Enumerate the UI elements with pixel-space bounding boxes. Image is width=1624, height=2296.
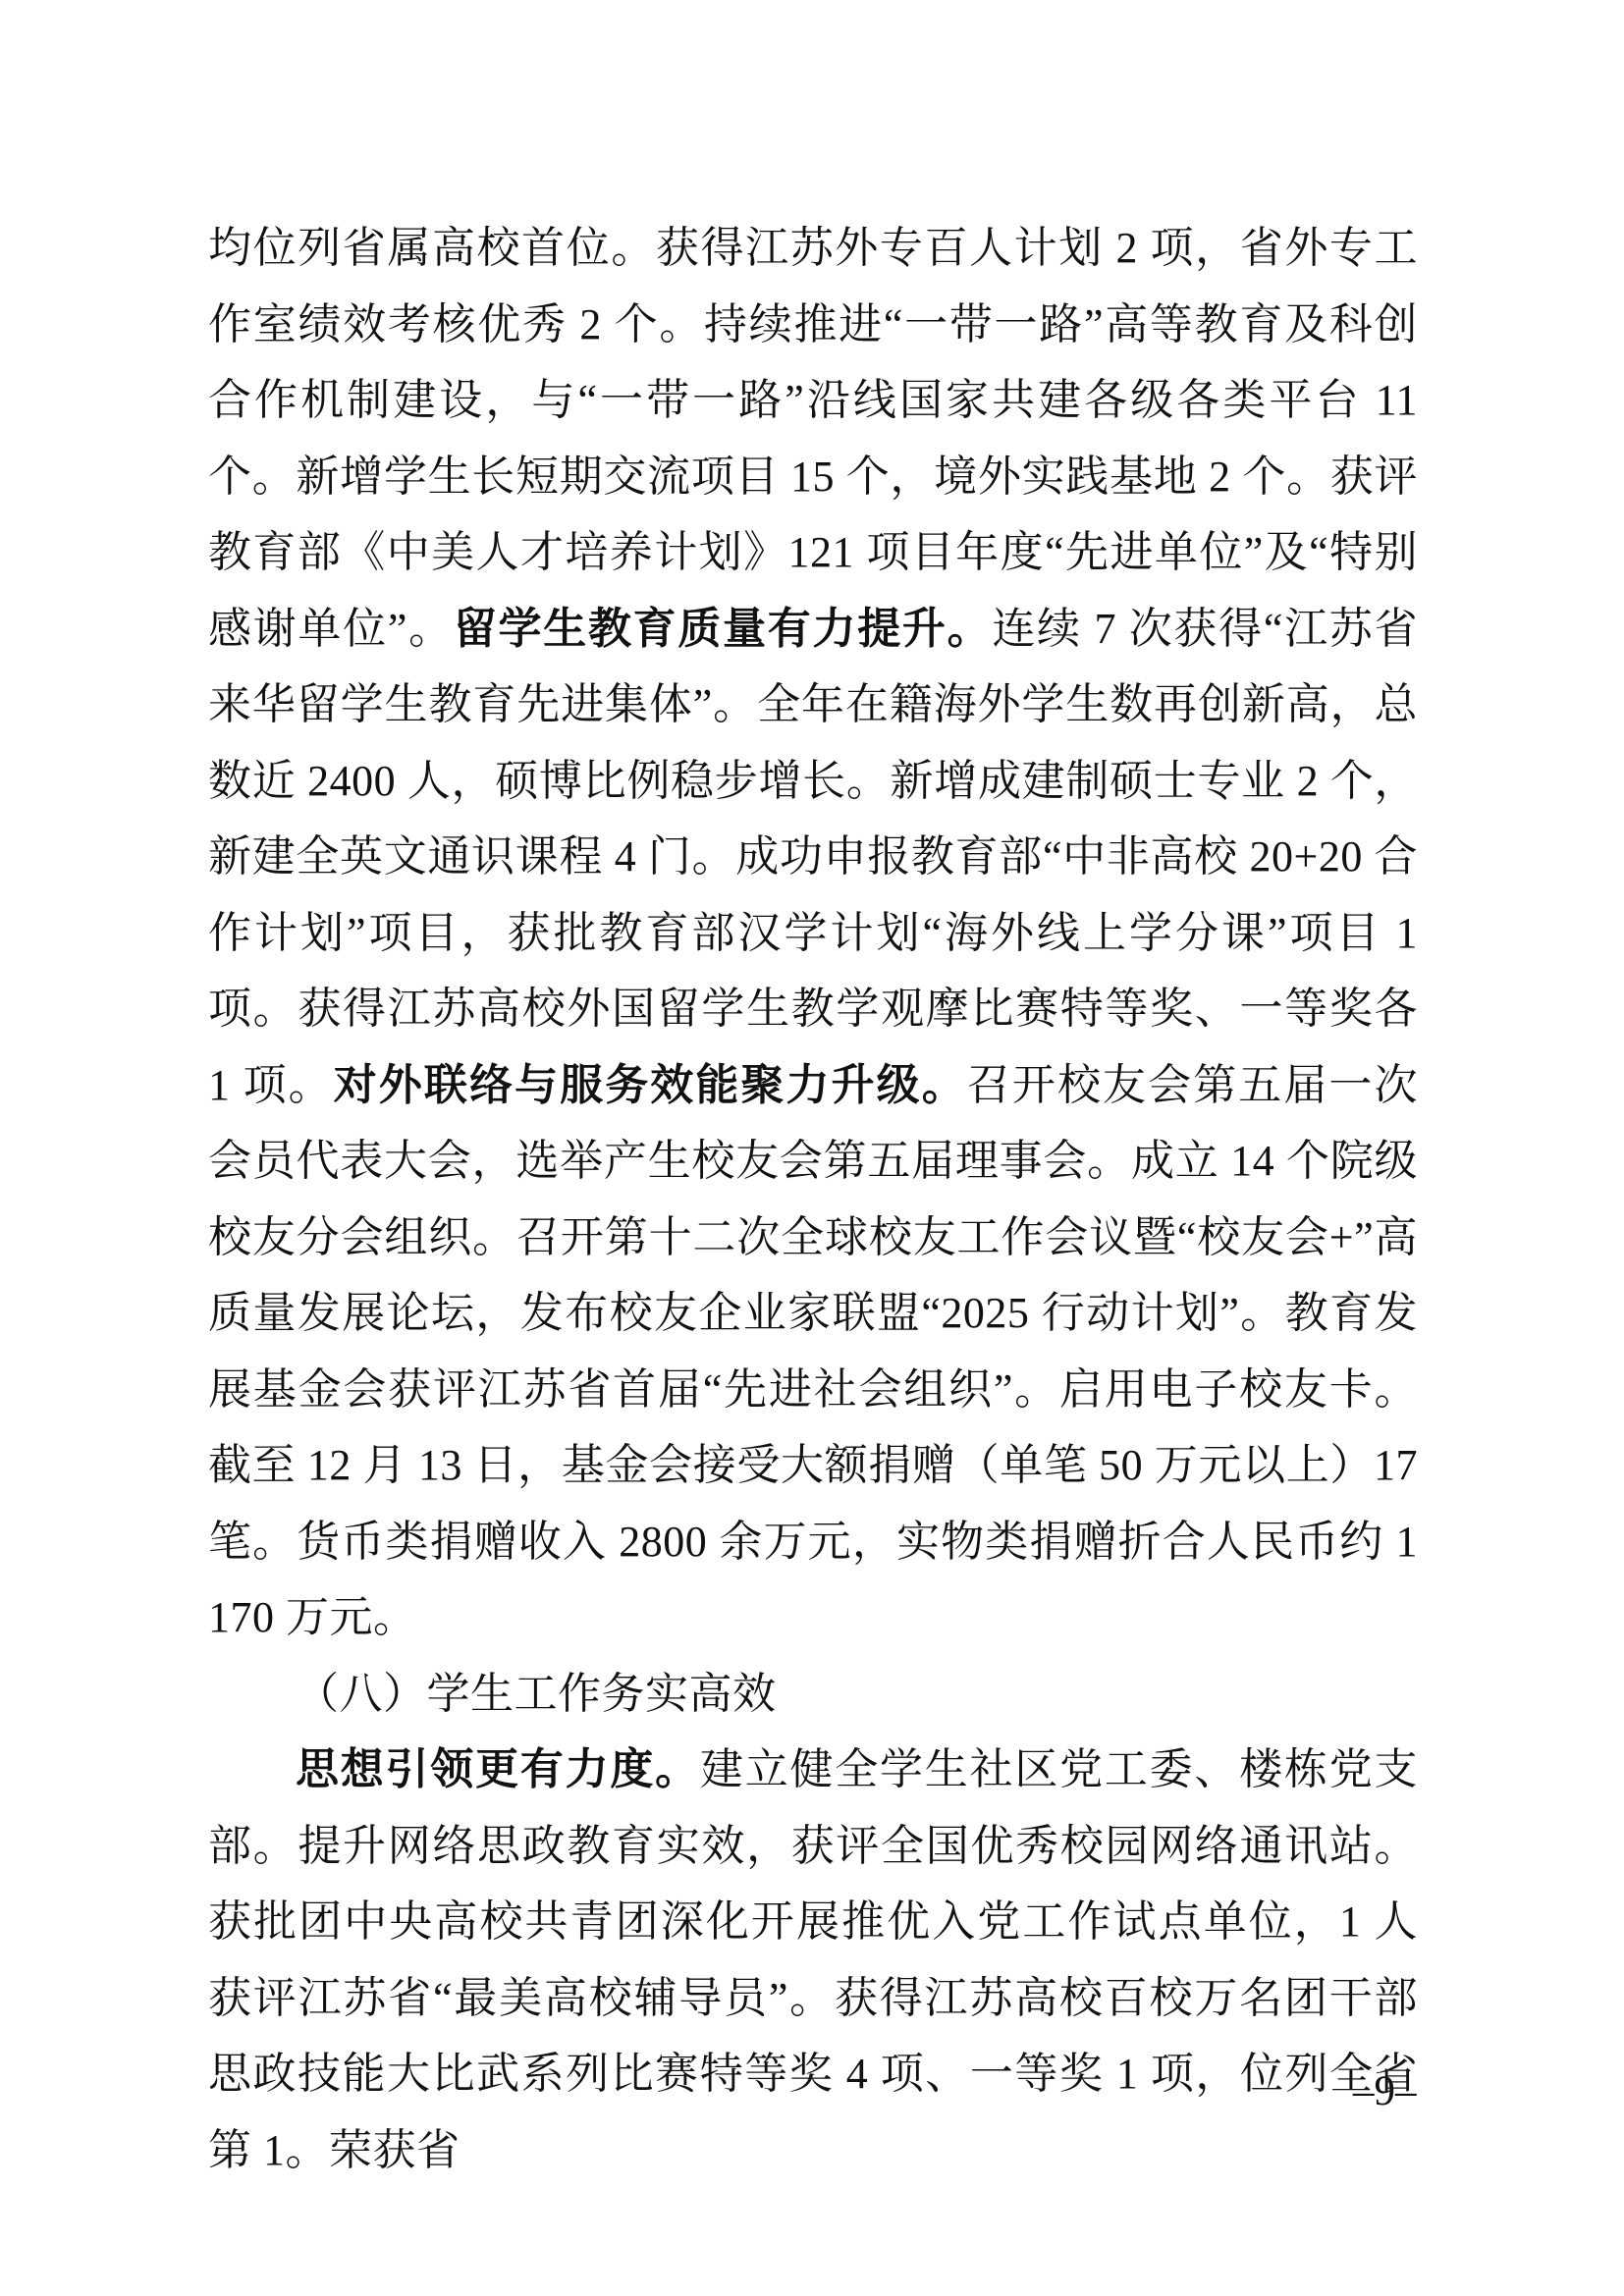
text-run: （八）学生工作务实高效 — [296, 1670, 777, 1718]
paragraph: 思想引领更有力度。建立健全学生社区党工委、楼栋党支部。提升网络思政教育实效，获评… — [208, 1732, 1418, 2188]
text-run: 建立健全学生社区党工委、楼栋党支部。提升网络思政教育实效，获评全国优秀校园网络通… — [208, 1745, 1418, 2174]
text-run: 均位列省属高校首位。获得江苏外专百人计划 2 项，省外专工作室绩效考核优秀 2 … — [208, 224, 1418, 653]
section-heading: （八）学生工作务实高效 — [208, 1656, 1418, 1733]
page-number: –9– — [1353, 2067, 1417, 2116]
emphasis-text-run: 留学生教育质量有力提升。 — [454, 605, 993, 653]
emphasis-text-run: 思想引领更有力度。 — [296, 1745, 700, 1793]
document-body: 均位列省属高校首位。获得江苏外专百人计划 2 项，省外专工作室绩效考核优秀 2 … — [208, 210, 1418, 2188]
text-run: 连续 7 次获得“江苏省来华留学生教育先进集体”。全年在籍海外学生数再创新高，总… — [208, 605, 1418, 1109]
text-run: 召开校友会第五届一次会员代表大会，选举产生校友会第五届理事会。成立 14 个院级… — [208, 1061, 1418, 1642]
emphasis-text-run: 对外联络与服务效能聚力升级。 — [334, 1061, 967, 1109]
paragraph: 均位列省属高校首位。获得江苏外专百人计划 2 项，省外专工作室绩效考核优秀 2 … — [208, 210, 1418, 1656]
document-page: 均位列省属高校首位。获得江苏外专百人计划 2 项，省外专工作室绩效考核优秀 2 … — [0, 0, 1624, 2296]
